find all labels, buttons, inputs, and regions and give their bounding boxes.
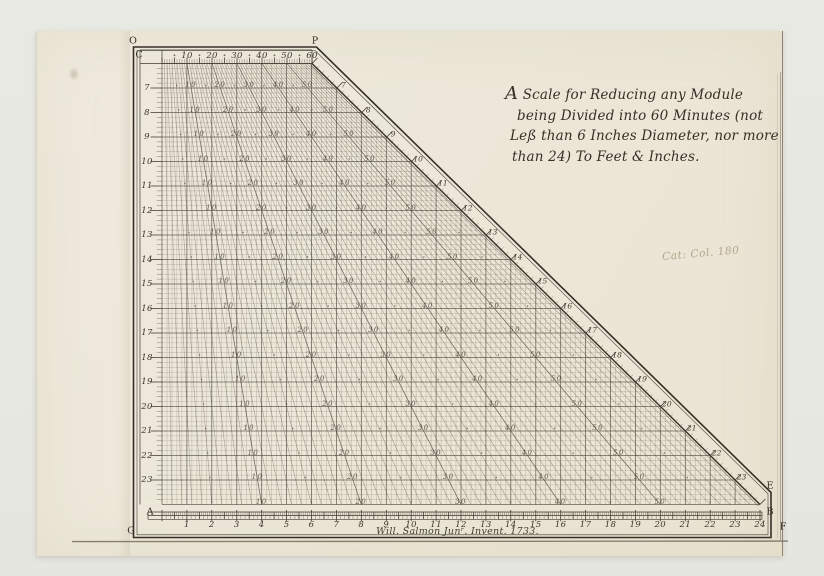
interior-minute-label: 30 (281, 155, 293, 163)
interior-minute-label: 40 (405, 277, 417, 285)
interior-minute-label: 50 (302, 81, 314, 89)
interior-minute-label: 20 (331, 424, 343, 432)
bottom-scale-label: 24 (754, 520, 766, 530)
interior-minute-label: 20 (248, 179, 260, 187)
interior-minute-label: 20 (223, 106, 235, 114)
interior-minute-label: 50 (634, 473, 646, 481)
interior-minute-label: 50 (364, 155, 376, 163)
interior-minute-label: 40 (372, 228, 384, 236)
title-line-3: Leß than 6 Inches Diameter, nor more (503, 126, 793, 147)
bottom-scale-label: 17 (580, 520, 592, 530)
interior-minute-label: 10 (218, 277, 230, 285)
interior-minute-label: 10 (206, 204, 218, 212)
diagonal-scale-label: 9 (391, 130, 396, 139)
interior-minute-label: 30 (393, 375, 405, 383)
interior-minute-label: 20 (256, 204, 268, 212)
interior-minute-label: 30 (343, 277, 355, 285)
bottom-scale-label: 22 (704, 520, 716, 530)
bottom-scale-label: 14 (505, 520, 517, 530)
diagonal-scale-label: 18 (612, 350, 622, 359)
interior-minute-label: 40 (538, 473, 550, 481)
interior-minute-label: 50 (654, 498, 666, 506)
interior-minute-label: 10 (223, 302, 235, 310)
pencil-annotation: Cat: Col. 180 (662, 241, 778, 263)
corner-label-o: O (129, 36, 137, 47)
interior-minute-label: 40 (505, 424, 517, 432)
bottom-scale-label: 20 (654, 520, 666, 530)
diagonal-scale-label: 21 (687, 424, 697, 433)
interior-minute-label: 50 (489, 302, 501, 310)
diagonal-scale-label: 10 (413, 154, 423, 163)
interior-minute-label: 10 (210, 228, 222, 236)
bottom-scale-label: 5 (284, 520, 290, 530)
interior-minute-label: 40 (306, 130, 318, 138)
top-scale-label: 50 (281, 51, 293, 61)
bottom-scale-label: 13 (480, 520, 492, 530)
interior-minute-label: 30 (268, 130, 280, 138)
left-scale-label: 10 (141, 157, 153, 167)
interior-minute-label: 40 (439, 326, 451, 334)
bottom-scale-label: 8 (358, 520, 364, 530)
interior-minute-label: 50 (613, 449, 625, 457)
interior-minute-label: 30 (430, 449, 442, 457)
interior-minute-label: 30 (293, 179, 305, 187)
diagonal-scale-label: 20 (662, 399, 672, 408)
interior-minute-label: 20 (297, 326, 309, 334)
top-scale-label: 10 (181, 51, 193, 61)
interior-minute-label: 50 (530, 351, 542, 359)
interior-minute-label: 40 (389, 253, 401, 261)
interior-minute-label: 20 (339, 449, 351, 457)
left-scale-label: 23 (141, 475, 153, 485)
bottom-scale-label: 3 (234, 520, 240, 530)
bottom-scale-label: 1 (184, 520, 190, 530)
bottom-scale-label: 9 (383, 520, 389, 530)
interior-minute-label: 40 (289, 106, 301, 114)
top-scale-label: 30 (231, 51, 243, 61)
bottom-scale-label: 23 (729, 520, 741, 530)
interior-minute-label: 10 (227, 326, 239, 334)
interior-minute-label: 10 (235, 375, 247, 383)
corner-label-b: B (767, 507, 774, 518)
bottom-scale-label: 12 (455, 520, 467, 530)
interior-minute-label: 20 (273, 253, 285, 261)
bottom-scale-label: 7 (333, 520, 339, 530)
interior-minute-label: 20 (355, 498, 367, 506)
diagonal-scale-label: 23 (737, 473, 747, 482)
interior-minute-label: 10 (198, 155, 210, 163)
diagonal-scale-label: 12 (463, 203, 473, 212)
left-scale-label: 12 (141, 206, 153, 216)
interior-minute-label: 50 (572, 400, 584, 408)
interior-minute-label: 20 (289, 302, 301, 310)
interior-minute-label: 10 (189, 106, 201, 114)
interior-minute-label: 10 (231, 351, 243, 359)
bottom-scale-label: 18 (605, 520, 617, 530)
bottom-scale-label: 21 (679, 520, 691, 530)
bottom-scale-label: 11 (430, 520, 442, 530)
diagonal-scale-label: 22 (712, 448, 722, 457)
interior-minute-label: 40 (488, 400, 500, 408)
corner-label-c: C (135, 50, 142, 61)
interior-minute-label: 20 (239, 155, 251, 163)
title-line-2: being Divided into 60 Minutes (not (503, 106, 793, 127)
corner-label-p: P (312, 36, 318, 47)
interior-minute-label: 30 (405, 400, 417, 408)
bottom-scale-label: 15 (530, 520, 542, 530)
interior-minute-label: 10 (243, 424, 255, 432)
left-scale-label: 21 (141, 426, 153, 436)
interior-minute-label: 20 (281, 277, 293, 285)
bottom-scale-label: 4 (259, 520, 265, 530)
corner-label-a: A (147, 507, 154, 518)
top-scale-label: 60 (306, 51, 318, 61)
top-scale-label: 40 (256, 51, 268, 61)
interior-minute-label: 20 (306, 351, 318, 359)
interior-minute-label: 30 (244, 81, 256, 89)
left-scale-label: 17 (141, 328, 153, 338)
top-scale-label: 20 (206, 51, 218, 61)
interior-minute-label: 30 (318, 228, 330, 236)
interior-minute-label: 50 (592, 424, 604, 432)
bottom-scale-label: 10 (405, 520, 417, 530)
interior-minute-label: 10 (252, 473, 264, 481)
interior-minute-label: 50 (509, 326, 521, 334)
interior-minute-label: 40 (422, 302, 434, 310)
interior-minute-label: 40 (339, 179, 351, 187)
interior-minute-label: 10 (202, 179, 214, 187)
interior-minute-label: 30 (455, 498, 467, 506)
interior-minute-label: 10 (214, 253, 226, 261)
interior-minute-label: 20 (347, 473, 359, 481)
bottom-scale-label: 19 (630, 520, 642, 530)
interior-minute-label: 20 (314, 375, 326, 383)
interior-minute-label: 20 (264, 228, 276, 236)
interior-minute-label: 50 (468, 277, 480, 285)
interior-minute-label: 10 (248, 449, 260, 457)
interior-minute-label: 40 (273, 81, 285, 89)
left-scale-label: 14 (141, 255, 153, 265)
interior-minute-label: 40 (323, 155, 335, 163)
title-line-4: than 24) To Feet & Inches. (503, 147, 793, 168)
left-scale-label: 15 (141, 279, 153, 289)
diagonal-scale-label: 13 (488, 228, 498, 237)
interior-minute-label: 30 (418, 424, 430, 432)
interior-minute-label: 50 (385, 179, 397, 187)
interior-minute-label: 30 (331, 253, 343, 261)
left-scale-label: 11 (141, 181, 153, 191)
left-scale-label: 8 (144, 108, 150, 118)
interior-minute-label: 40 (555, 498, 567, 506)
diagonal-scale-label: 8 (366, 105, 371, 114)
interior-minute-label: 10 (194, 130, 206, 138)
interior-minute-label: 50 (343, 130, 355, 138)
title-line-1: A Scale for Reducing any Module (503, 84, 793, 106)
interior-minute-label: 30 (443, 473, 455, 481)
interior-minute-label: 40 (522, 449, 534, 457)
diagonal-scale-label: 11 (438, 179, 448, 188)
interior-minute-label: 30 (256, 106, 268, 114)
interior-minute-label: 20 (214, 81, 226, 89)
diagonal-scale-label: 14 (513, 252, 523, 261)
interior-minute-label: 40 (455, 351, 467, 359)
left-scale-label: 7 (144, 83, 150, 93)
interior-minute-label: 40 (472, 375, 484, 383)
scanned-engraving-page: O P C E B F A G A Scale for Reducing any… (0, 0, 824, 576)
interior-minute-label: 30 (306, 204, 318, 212)
corner-label-g: G (127, 526, 135, 537)
interior-minute-label: 50 (323, 106, 335, 114)
interior-minute-label: 50 (426, 228, 438, 236)
bottom-scale-label: 6 (309, 520, 315, 530)
left-scale-label: 18 (141, 353, 153, 363)
left-scale-label: 19 (141, 377, 153, 387)
interior-minute-label: 50 (406, 204, 418, 212)
left-scale-label: 13 (141, 230, 153, 240)
diagonal-scale-label: 7 (341, 81, 346, 90)
corner-label-f: F (780, 522, 787, 533)
interior-minute-label: 30 (368, 326, 380, 334)
interior-minute-label: 10 (185, 81, 197, 89)
bottom-scale-label: 2 (209, 520, 215, 530)
left-scale-label: 22 (141, 451, 153, 461)
diagonal-scale-label: 15 (538, 277, 548, 286)
interior-minute-label: 10 (256, 498, 268, 506)
left-scale-label: 20 (141, 402, 153, 412)
interior-minute-label: 30 (356, 302, 368, 310)
scale-labels-layer: O P C E B F A G A Scale for Reducing any… (0, 0, 824, 576)
diagonal-scale-label: 19 (637, 375, 647, 384)
interior-minute-label: 30 (380, 351, 392, 359)
interior-minute-label: 50 (447, 253, 459, 261)
interior-minute-label: 50 (551, 375, 563, 383)
left-scale-label: 9 (144, 132, 150, 142)
interior-minute-label: 20 (231, 130, 243, 138)
interior-minute-label: 10 (239, 400, 251, 408)
plate-title: A Scale for Reducing any Module being Di… (503, 84, 793, 167)
bottom-scale-label: 16 (555, 520, 567, 530)
left-scale-label: 16 (141, 304, 153, 314)
interior-minute-label: 20 (322, 400, 334, 408)
interior-minute-label: 40 (356, 204, 368, 212)
diagonal-scale-label: 16 (563, 301, 573, 310)
diagonal-scale-label: 17 (588, 326, 598, 335)
corner-label-e: E (767, 481, 774, 492)
